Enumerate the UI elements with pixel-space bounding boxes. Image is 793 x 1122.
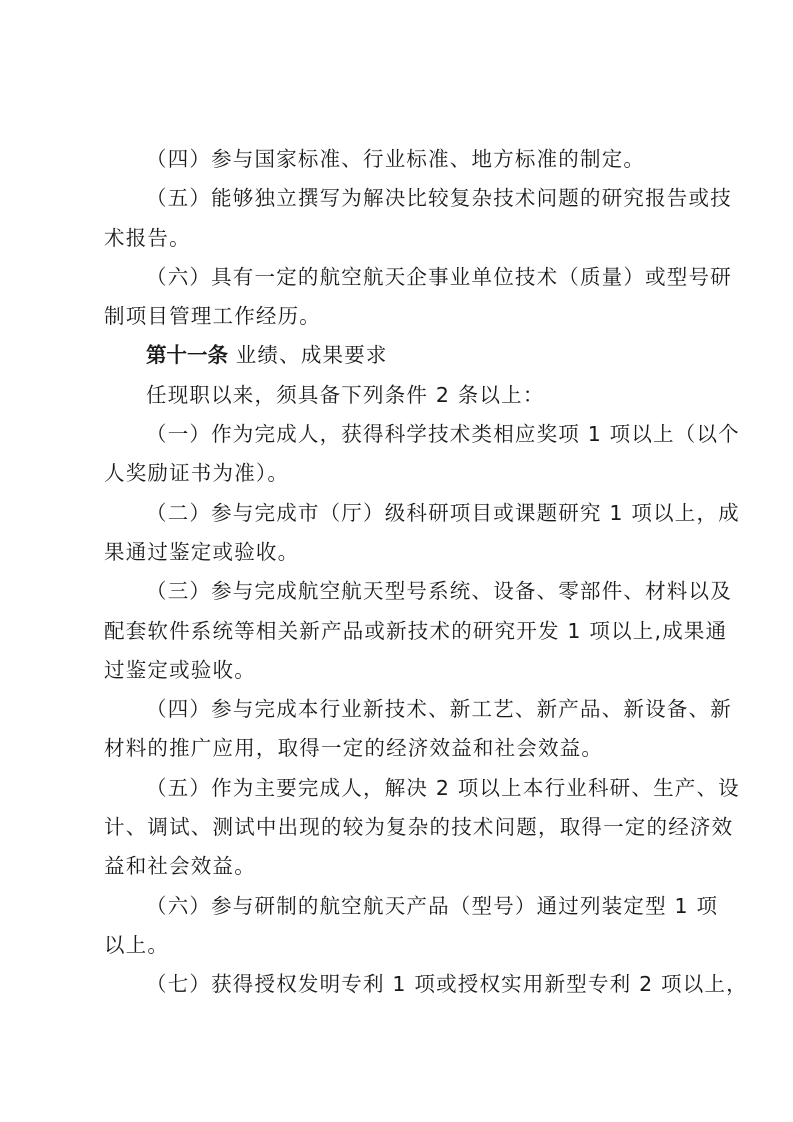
list-item-line: 材料的推广应用，取得一定的经济效益和社会效益。 [104,729,692,768]
list-item-line: （五）作为主要完成人，解决 2 项以上本行业科研、生产、设 [104,769,692,808]
list-item-line: 过鉴定或验收。 [104,651,692,690]
article-heading: 第十一条 业绩、成果要求 [104,336,692,375]
list-item-line: （三）参与完成航空航天型号系统、设备、零部件、材料以及 [104,572,692,611]
list-item-line: 果通过鉴定或验收。 [104,533,692,572]
list-item-line: （二）参与完成市（厅）级科研项目或课题研究 1 项以上，成 [104,494,692,533]
paragraph-line: （六）具有一定的航空航天企事业单位技术（质量）或型号研 [104,258,692,297]
list-item-line: 人奖励证书为准）。 [104,454,692,493]
list-item-line: 计、调试、测试中出现的较为复杂的技术问题，取得一定的经济效 [104,808,692,847]
list-item-line: 益和社会效益。 [104,847,692,886]
list-item-line: （七）获得授权发明专利 1 项或授权实用新型专利 2 项以上， [104,965,692,1004]
article-intro: 任现职以来，须具备下列条件 2 条以上： [104,376,692,415]
list-item-line: 配套软件系统等相关新产品或新技术的研究开发 1 项以上,成果通 [104,612,692,651]
article-number: 第十一条 [146,343,228,367]
list-item-line: （四）参与完成本行业新技术、新工艺、新产品、新设备、新 [104,690,692,729]
list-item-line: （六）参与研制的航空航天产品（型号）通过列装定型 1 项 [104,887,692,926]
paragraph-line: （五）能够独立撰写为解决比较复杂技术问题的研究报告或技 [104,179,692,218]
document-page: （四）参与国家标准、行业标准、地方标准的制定。 （五）能够独立撰写为解决比较复杂… [104,140,692,1005]
paragraph-line: （四）参与国家标准、行业标准、地方标准的制定。 [104,140,692,179]
paragraph-line: 术报告。 [104,219,692,258]
list-item-line: 以上。 [104,926,692,965]
paragraph-line: 制项目管理工作经历。 [104,297,692,336]
list-item-line: （一）作为完成人，获得科学技术类相应奖项 1 项以上（以个 [104,415,692,454]
article-title: 业绩、成果要求 [236,343,388,367]
